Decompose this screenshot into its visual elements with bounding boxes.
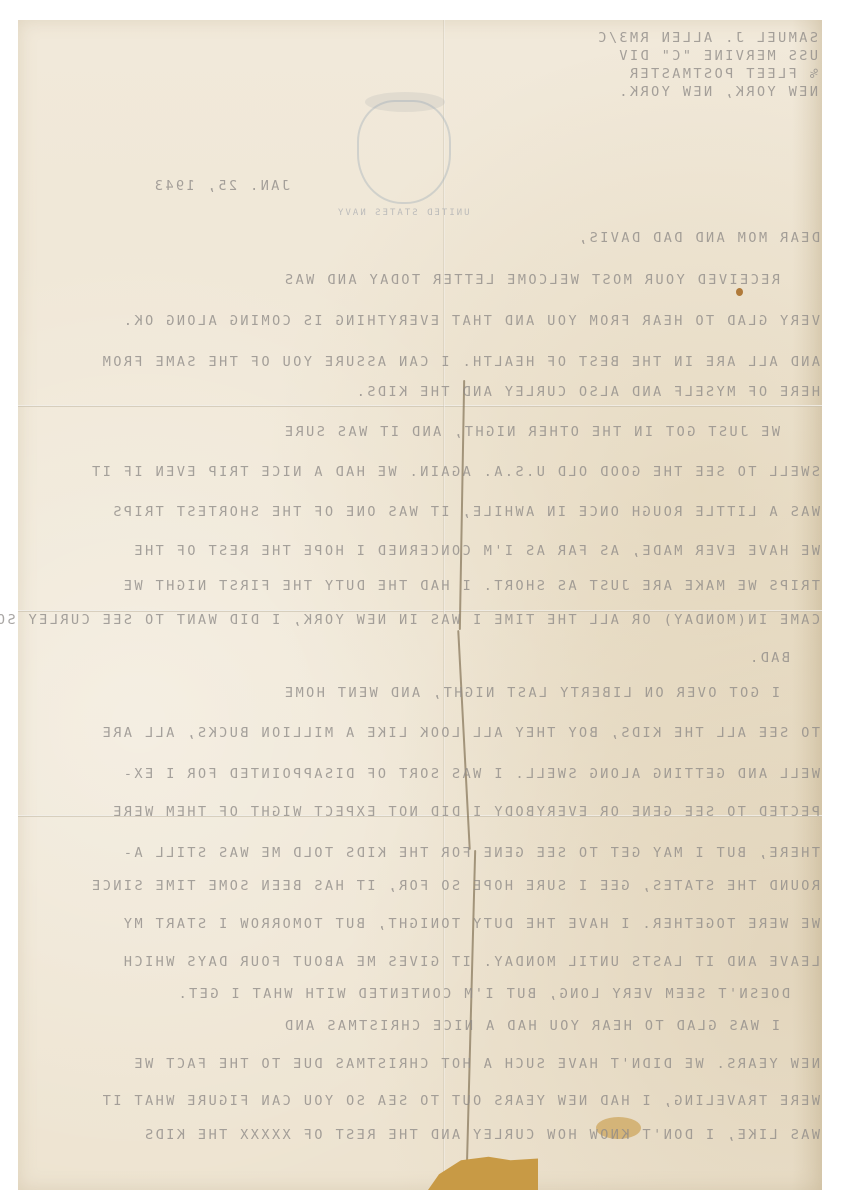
- body-line: WAS A LITTLE ROUGH ONCE IN AWHILE, IT WA…: [40, 504, 820, 520]
- body-line: NEW YEARS. WE DIDN'T HAVE SUCH A HOT CHR…: [40, 1056, 820, 1072]
- return-address-line: USS MERVINE "C" DIV: [578, 48, 818, 64]
- body-line: WE JUST GOT IN THE OTHER NIGHT, AND IT W…: [80, 424, 780, 440]
- body-line: WELL AND GETTING ALONG SWELL. I WAS SORT…: [40, 766, 820, 782]
- letterhead: UNITED STATES NAVY: [336, 208, 470, 218]
- body-line: SWELL TO SEE THE GOOD OLD U.S.A. AGAIN. …: [40, 464, 820, 480]
- body-line: WAS LIKE, I DON'T KNOW HOW CURLEY AND TH…: [60, 1127, 820, 1143]
- salutation: DEAR MOM AND DAD DAVIS,: [540, 230, 820, 246]
- paper-tear: [466, 850, 476, 1170]
- return-address-line: SAMUEL J. ALLEN RM3/C: [578, 30, 818, 46]
- body-line: LEAVE AND IT LASTS UNTIL MONDAY. IT GIVE…: [40, 954, 820, 970]
- body-line: RECEIVED YOUR MOST WELCOME LETTER TODAY …: [80, 272, 780, 288]
- letter-date: JAN. 25, 1943: [140, 178, 290, 194]
- body-line: ROUND THE STATES, GEE I SURE HOPE SO FOR…: [40, 878, 820, 894]
- body-line: I WAS GLAD TO HEAR YOU HAD A NICE CHRIST…: [80, 1018, 780, 1034]
- body-line: THERE, BUT I MAY GET TO SEE GENE FOR THE…: [40, 845, 820, 861]
- body-line: WE HAVE EVER MADE, AS FAR AS I'M CONCERN…: [40, 543, 820, 559]
- horizontal-fold: [18, 405, 822, 407]
- spot: [736, 288, 743, 296]
- vertical-fold: [443, 20, 445, 1190]
- body-line: WE WERE TOGETHER. I HAVE THE DUTY TONIGH…: [40, 916, 820, 932]
- body-line: PECTED TO SEE GENE OR EVERYBODY I DID NO…: [40, 804, 820, 820]
- body-line: CAME IN(MONDAY) OR ALL THE TIME I WAS IN…: [40, 612, 820, 628]
- body-line: TRIPS WE MAKE ARE JUST AS SHORT. I HAD T…: [40, 578, 820, 594]
- body-line: TO SEE ALL THE KIDS, BOY THEY ALL LOOK L…: [40, 725, 820, 741]
- body-line: BAD.: [730, 650, 790, 666]
- return-address-line: NEW YORK, NEW YORK.: [578, 84, 818, 100]
- body-line: HERE OF MYSELF AND ALSO CURLEY AND THE K…: [290, 384, 820, 400]
- body-line: I GOT OVER ON LIBERTY LAST NIGHT, AND WE…: [80, 685, 780, 701]
- return-address-line: % FLEET POSTMASTER: [578, 66, 818, 82]
- body-line: DOESN'T SEEM VERY LONG, BUT I'M CONTENTE…: [140, 986, 790, 1002]
- body-line: WERE TRAVELING, I HAD NEW YEARS OUT TO S…: [40, 1093, 820, 1109]
- navy-seal-icon: [357, 100, 451, 204]
- body-line: AND ALL ARE IN THE BEST OF HEALTH. I CAN…: [40, 354, 820, 370]
- body-line: VERY GLAD TO HEAR FROM YOU AND THAT EVER…: [40, 313, 820, 329]
